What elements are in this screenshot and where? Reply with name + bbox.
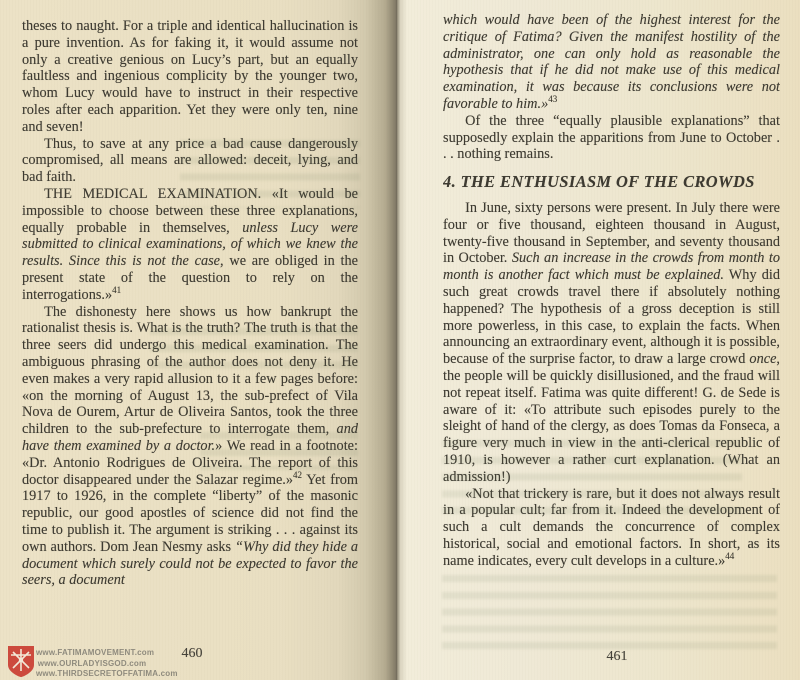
text-run: 4. THE ENTHUSIASM OF THE CROWDS	[443, 172, 755, 191]
paragraph: theses to naught. For a triple and ident…	[22, 18, 358, 136]
paragraph: Thus, to save at any price a bad cause d…	[22, 136, 358, 186]
text-run: , the people will be quickly disillusion…	[443, 351, 780, 485]
page-right: which would have been of the highest int…	[397, 0, 800, 680]
paragraph: THE MEDICAL EXAMINATION. «It would be im…	[22, 186, 358, 304]
paragraph: Of the three “equally plausible explanat…	[443, 113, 780, 163]
text-run: once	[749, 351, 776, 367]
text-run: Of the three “equally plausible explanat…	[443, 113, 780, 163]
page-left: theses to naught. For a triple and ident…	[0, 0, 397, 680]
page-number-left: 460	[162, 646, 222, 662]
text-run: The dishonesty here shows us how bankrup…	[22, 304, 358, 438]
watermark-url: www.OURLADYISGOD.com	[36, 659, 148, 670]
paragraph: The dishonesty here shows us how bankrup…	[22, 304, 358, 590]
text-run: which would have been of the highest int…	[443, 12, 780, 112]
page-right-text: which would have been of the highest int…	[443, 12, 780, 642]
watermark-url: www.FATIMAMOVEMENT.com	[36, 648, 148, 659]
footnote-marker: 44	[725, 551, 734, 561]
footnote-marker: 41	[112, 285, 121, 295]
paragraph: «Not that trickery is rare, but it does …	[443, 486, 780, 570]
section-heading: 4. THE ENTHUSIASM OF THE CROWDS	[443, 174, 780, 191]
page-left-text: theses to naught. For a triple and ident…	[22, 18, 358, 642]
watermark-urls: www.FATIMAMOVEMENT.com www.OURLADYISGOD.…	[36, 648, 148, 680]
text-run: theses to naught. For a triple and ident…	[22, 18, 358, 135]
page-number-right: 461	[587, 649, 647, 665]
paragraph: In June, sixty persons were present. In …	[443, 200, 780, 486]
paragraph: which would have been of the highest int…	[443, 12, 780, 113]
footnote-marker: 42	[293, 470, 302, 480]
text-run: Thus, to save at any price a bad cause d…	[22, 136, 358, 186]
watermark-url: www.THIRDSECRETOFFATIMA.com	[36, 669, 148, 680]
footnote-marker: 43	[548, 94, 557, 104]
crest-logo-icon	[6, 645, 36, 678]
